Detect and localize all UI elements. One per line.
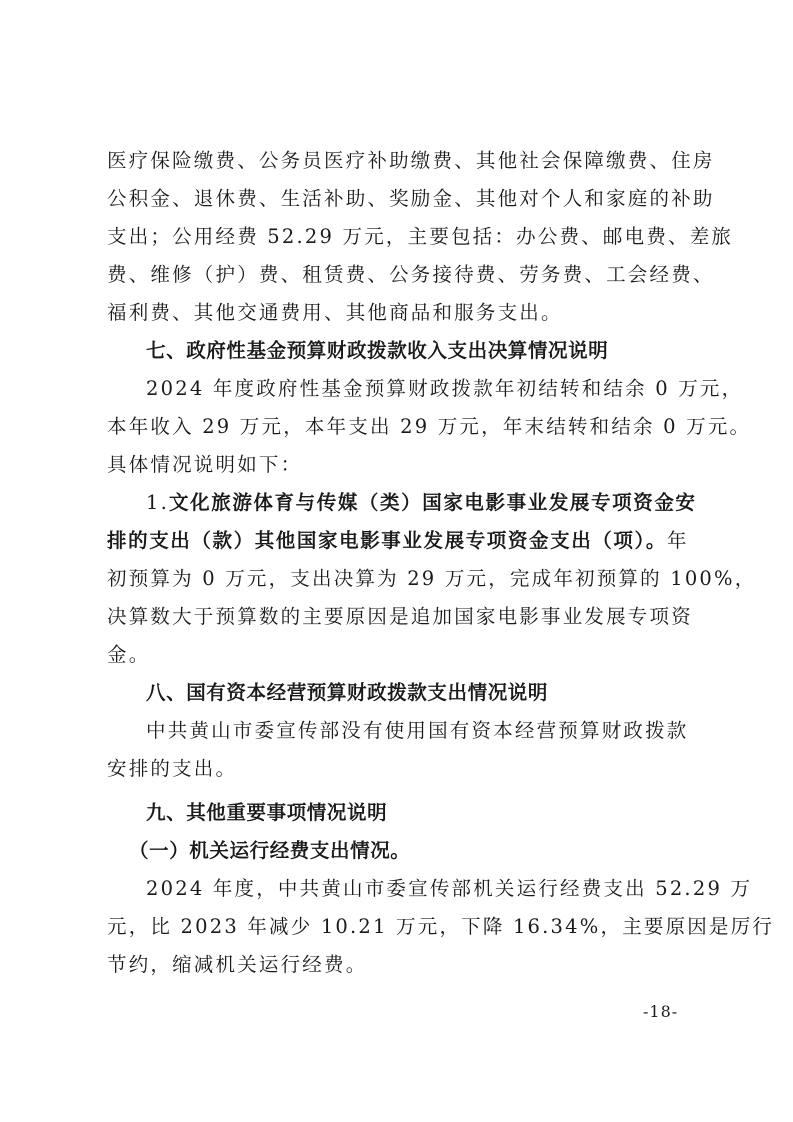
paragraph-line: 中共黄山市委宣传部没有使用国有资本经营预算财政拨款 [107, 718, 728, 744]
paragraph-line: 金。 [107, 642, 689, 668]
list-item-title: 排的支出（款）其他国家电影事业发展专项资金支出（项）。 [107, 529, 667, 552]
paragraph-line: 具体情况说明如下： [107, 452, 689, 478]
list-item-line: 1.文化旅游体育与传媒（类）国家电影事业发展专项资金安 [107, 490, 728, 516]
section-heading: 九、其他重要事项情况说明 [107, 800, 728, 826]
paragraph-line: 安排的支出。 [107, 756, 689, 782]
page-number: -18- [643, 1002, 678, 1021]
paragraph-line: 公积金、退休费、生活补助、奖励金、其他对个人和家庭的补助 [107, 186, 689, 212]
list-item-title: 文化旅游体育与传媒（类）国家电影事业发展专项资金安 [169, 491, 697, 514]
list-item-number: 1. [146, 491, 169, 514]
paragraph-line: 费、维修（护）费、租赁费、公务接待费、劳务费、工会经费、 [107, 262, 689, 288]
section-heading: 八、国有资本经营预算财政拨款支出情况说明 [107, 680, 728, 706]
paragraph-line: 福利费、其他交通费用、其他商品和服务支出。 [107, 300, 689, 326]
paragraph-line: 支出；公用经费 52.29 万元，主要包括：办公费、邮电费、差旅 [107, 224, 689, 250]
subsection-heading: （一）机关运行经费支出情况。 [107, 838, 711, 864]
paragraph-line: 节约，缩减机关运行经费。 [107, 952, 689, 978]
paragraph-line: 元，比 2023 年减少 10.21 万元，下降 16.34%，主要原因是厉行 [107, 914, 689, 940]
list-item-line: 排的支出（款）其他国家电影事业发展专项资金支出（项）。年 [107, 528, 689, 554]
paragraph-line: 2024 年度，中共黄山市委宣传部机关运行经费支出 52.29 万 [107, 876, 728, 902]
paragraph-line: 初预算为 0 万元，支出决算为 29 万元，完成年初预算的 100%， [107, 566, 689, 592]
list-item-text: 年 [667, 529, 689, 552]
paragraph-line: 决算数大于预算数的主要原因是追加国家电影事业发展专项资 [107, 604, 689, 630]
paragraph-line: 本年收入 29 万元，本年支出 29 万元，年末结转和结余 0 万元。 [107, 414, 689, 440]
section-heading: 七、政府性基金预算财政拨款收入支出决算情况说明 [107, 338, 728, 364]
paragraph-line: 医疗保险缴费、公务员医疗补助缴费、其他社会保障缴费、住房 [107, 148, 689, 174]
paragraph-line: 2024 年度政府性基金预算财政拨款年初结转和结余 0 万元， [107, 376, 728, 402]
